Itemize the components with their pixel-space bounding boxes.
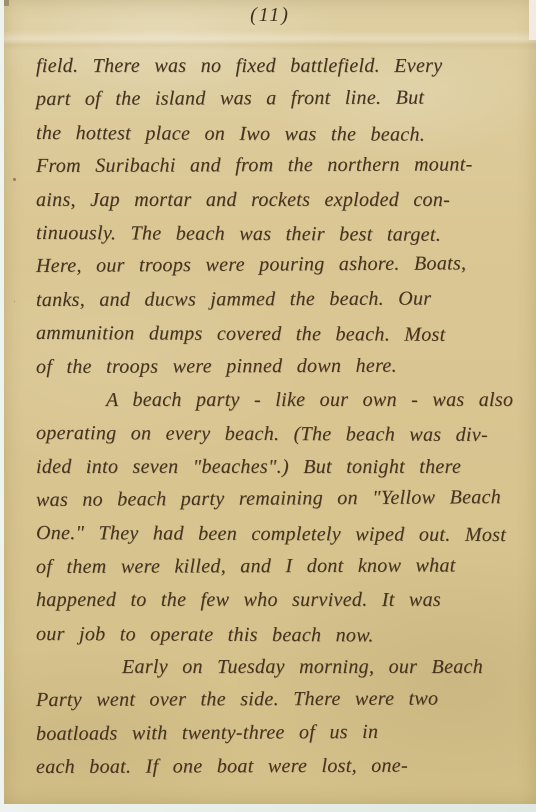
handwriting-line: the hottest place on Iwo was the beach. xyxy=(36,117,522,153)
paper: (11) field. There was no fixed battlefie… xyxy=(4,0,536,804)
scanned-letter-page: (11) field. There was no fixed battlefie… xyxy=(0,0,536,812)
page-number: (11) xyxy=(4,4,536,27)
handwriting-line: Party went over the side. There were two xyxy=(36,683,522,718)
handwriting-line-paragraph-start: Early on Tuesday morning, our Beach xyxy=(36,651,522,684)
handwriting-line: our job to operate this beach now. xyxy=(36,618,522,654)
handwriting-line: field. There was no fixed battlefield. E… xyxy=(36,50,522,83)
handwriting-line: part of the island was a front line. But xyxy=(36,82,522,117)
handwriting-line: ains, Jap mortar and rockets exploded co… xyxy=(36,184,522,217)
handwriting-line: ided into seven "beaches".) But tonight … xyxy=(36,451,522,484)
letter-body: field. There was no fixed battlefield. E… xyxy=(36,50,522,785)
ink-specks xyxy=(13,178,16,181)
handwriting-line: of the troops were pinned down here. xyxy=(36,349,522,384)
handwriting-line: boatloads with twenty-three of us in xyxy=(36,715,522,751)
handwriting-line: was no beach party remaining on "Yellow … xyxy=(36,481,522,517)
handwriting-line: of them were killed, and I dont know wha… xyxy=(36,549,522,584)
paper-crease xyxy=(4,30,536,50)
handwriting-line: Here, our troops were pouring ashore. Bo… xyxy=(36,247,522,283)
handwriting-line-paragraph-start: A beach party - like our own - was also xyxy=(36,384,522,417)
handwriting-line: tanks, and ducws jammed the beach. Our xyxy=(36,282,522,317)
handwriting-line: One." They had been completely wiped out… xyxy=(36,517,522,553)
handwriting-line: each boat. If one boat were lost, one- xyxy=(36,750,522,785)
handwriting-line: ammunition dumps covered the beach. Most xyxy=(36,317,522,353)
handwriting-line: happened to the few who survived. It was xyxy=(36,584,522,617)
handwriting-line: From Suribachi and from the northern mou… xyxy=(36,148,522,183)
handwriting-line: operating on every beach. (The beach was… xyxy=(36,417,522,453)
